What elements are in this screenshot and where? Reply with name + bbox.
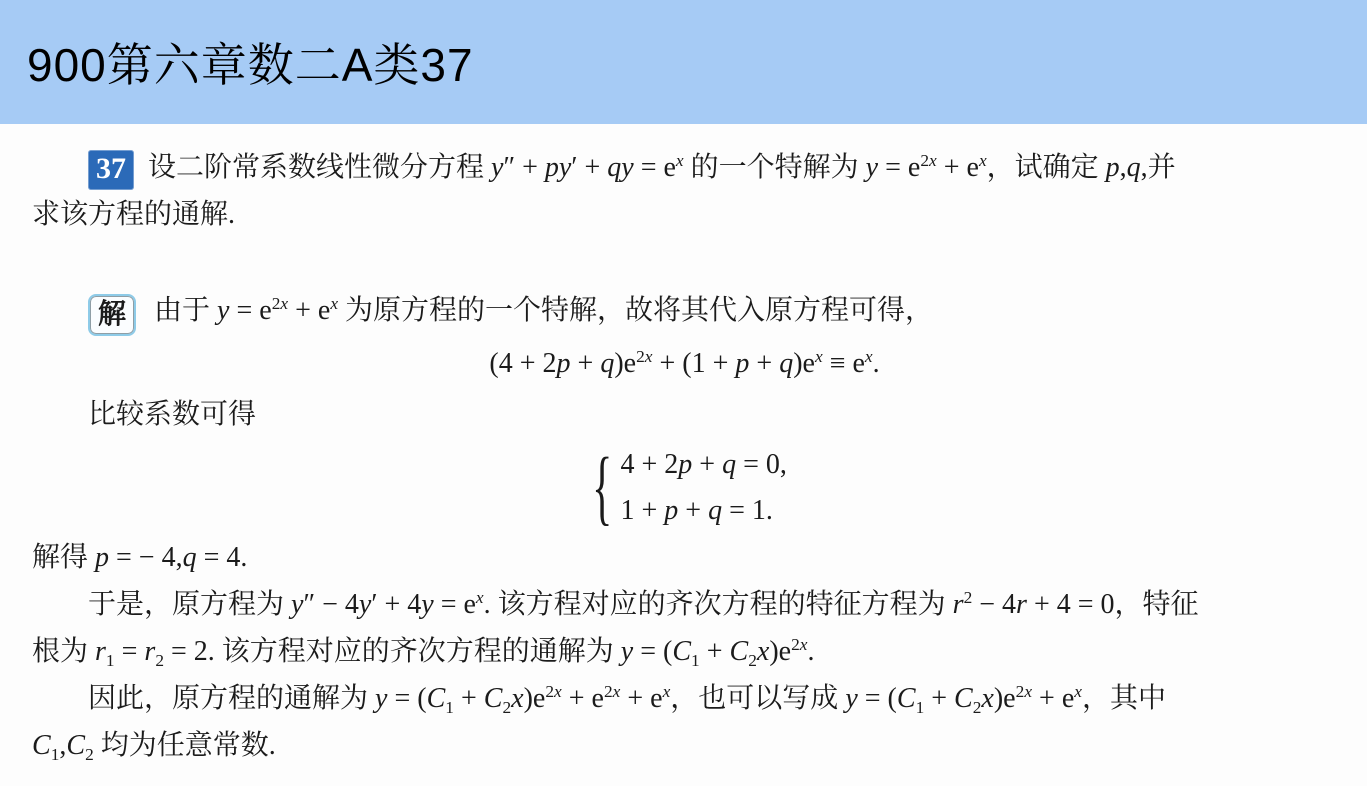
substituted-equation: (4 + 2p + q)e2x + (1 + p + q)ex ≡ ex. — [32, 340, 1337, 387]
solution-intro-line: 解由于 y = e2x + ex 为原方程的一个特解，故将其代入原方程可得， — [32, 287, 1337, 336]
solve-result-line: 解得 p = − 4,q = 4. — [32, 534, 1337, 581]
solution-intro-text: 由于 y = e2x + ex 为原方程的一个特解，故将其代入原方程可得， — [154, 295, 933, 326]
solution-label-badge: 解 — [88, 294, 136, 336]
paragraph2-line-1: 于是，原方程为 y″ − 4y′ + 4y = ex. 该方程对应的齐次方程的特… — [32, 581, 1337, 628]
document-body: 37设二阶常系数线性微分方程 y″ + py′ + qy = ex 的一个特解为… — [0, 124, 1367, 769]
paragraph3-line-2: C1,C2 均为任意常数. — [32, 722, 1337, 769]
compare-coefficients-text: 比较系数可得 — [32, 391, 1337, 438]
paragraph3-line-1: 因此，原方程的通解为 y = (C1 + C2x)e2x + e2x + ex，… — [32, 675, 1337, 722]
equation-system: { 4 + 2p + q = 0, 1 + p + q = 1. — [32, 442, 1337, 534]
system-equation-1: 4 + 2p + q = 0, — [620, 442, 786, 488]
page-title: 900第六章数二A类37 — [27, 29, 474, 95]
header-bar: 900第六章数二A类37 — [0, 0, 1367, 124]
left-brace: { — [592, 442, 612, 534]
problem-text-1: 设二阶常系数线性微分方程 y″ + py′ + qy = ex 的一个特解为 y… — [148, 152, 1176, 183]
problem-statement-line-1: 37设二阶常系数线性微分方程 y″ + py′ + qy = ex 的一个特解为… — [32, 144, 1337, 191]
problem-number-badge: 37 — [88, 150, 134, 190]
paragraph2-line-2: 根为 r1 = r2 = 2. 该方程对应的齐次方程的通解为 y = (C1 +… — [32, 628, 1337, 675]
system-equation-2: 1 + p + q = 1. — [620, 488, 786, 534]
system-equations: 4 + 2p + q = 0, 1 + p + q = 1. — [620, 442, 786, 534]
problem-statement-line-2: 求该方程的通解. — [32, 191, 1337, 238]
